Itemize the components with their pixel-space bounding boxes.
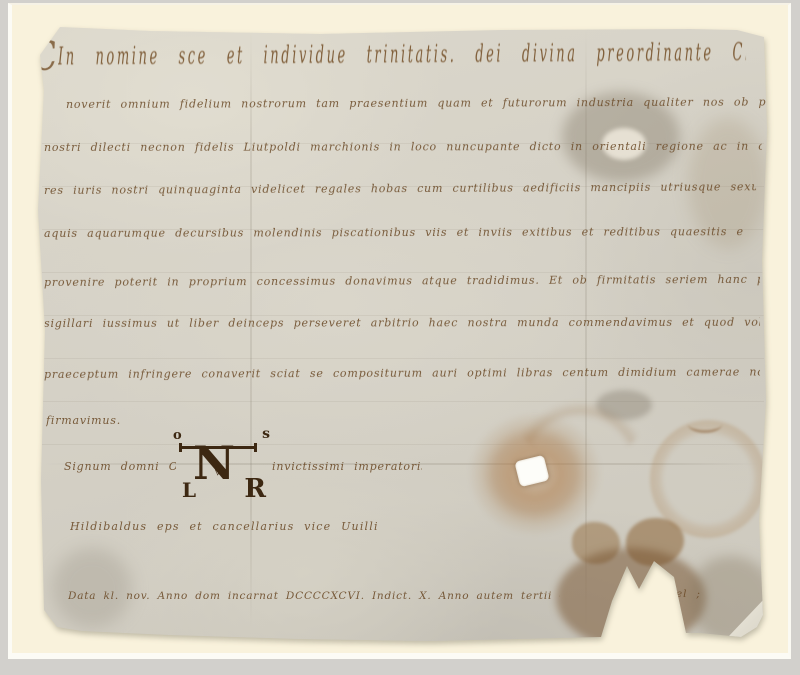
chrismon-symbol: C [32,34,60,82]
parchment: C In nomine sce et individue trinitatis.… [0,0,800,675]
monogram-letter-s: s [262,426,270,442]
monogram-letter-o: o [173,428,182,443]
brown-blob-stain [572,522,620,564]
monogram-letter-r: R [244,474,266,504]
signum-line-before: Signum domni Ottonis [64,460,176,474]
body-line: noverit omnium fidelium nostrorum tam pr… [66,96,766,112]
body-line: nostri dilecti necnon fidelis Liutpoldi … [44,140,762,155]
body-line: sigillari iussimus ut liber deinceps per… [44,316,760,331]
invocation-line: In nomine sce et individue trinitatis. d… [58,42,746,72]
bottom-left-smudge [52,548,132,628]
body-closing-word: firmavimus. [46,414,166,428]
body-line: aquis aquarumque decursibus molendinis p… [44,225,744,241]
parchment-wrapper: C In nomine sce et individue trinitatis.… [0,0,800,675]
photograph: C In nomine sce et individue trinitatis.… [0,0,800,675]
folded-corner [728,598,765,637]
monogram-center-diamond: ◊ [215,463,220,476]
brown-blob-stain [626,518,684,566]
recognition-line: Hildibaldus eps et cancellarius vice Uui… [70,520,378,534]
dating-fragment: ale fel ; [644,587,704,601]
signum-line-after: invictissimi imperatoris augusti ; [272,460,422,474]
monogram-letter-l: L [182,478,196,502]
body-line: praeceptum infringere conaverit sciat se… [44,366,760,382]
otto-monogram: o s N L R ◊ [176,436,268,498]
dating-line: Data kl. nov. Anno dom incarnat DCCCCXCV… [68,589,560,603]
